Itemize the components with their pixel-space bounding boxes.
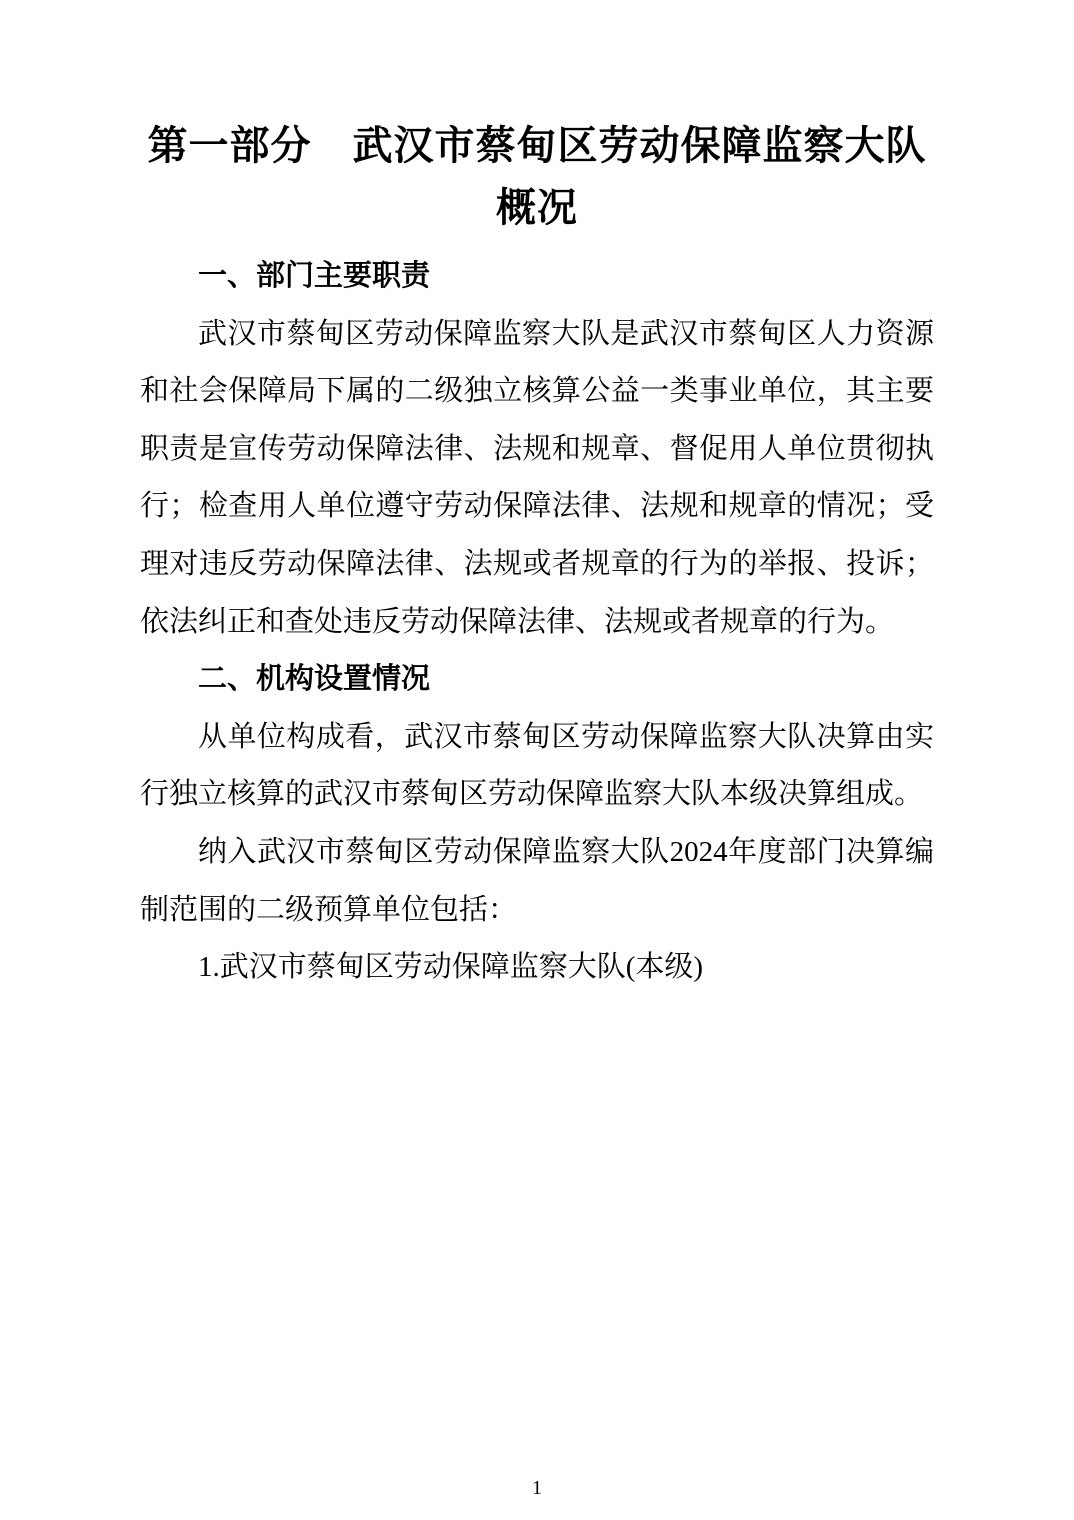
- section-1-heading: 一、部门主要职责: [140, 248, 934, 306]
- document-body: 一、部门主要职责 武汉市蔡甸区劳动保障监察大队是武汉市蔡甸区人力资源和社会保障局…: [0, 248, 1074, 997]
- page-number: 1: [532, 1477, 542, 1499]
- title-line-1: 第一部分 武汉市蔡甸区劳动保障监察大队: [0, 115, 1074, 177]
- title-line-2: 概况: [0, 177, 1074, 239]
- document-title: 第一部分 武汉市蔡甸区劳动保障监察大队 概况: [0, 0, 1074, 239]
- section-2-paragraph-2: 纳入武汉市蔡甸区劳动保障监察大队2024年度部门决算编制范围的二级预算单位包括：: [140, 824, 934, 939]
- section-2-paragraph-1: 从单位构成看，武汉市蔡甸区劳动保障监察大队决算由实行独立核算的武汉市蔡甸区劳动保…: [140, 709, 934, 824]
- section-2-heading: 二、机构设置情况: [140, 651, 934, 709]
- section-1-paragraph-1: 武汉市蔡甸区劳动保障监察大队是武汉市蔡甸区人力资源和社会保障局下属的二级独立核算…: [140, 306, 934, 652]
- section-2-paragraph-3: 1.武汉市蔡甸区劳动保障监察大队(本级): [140, 939, 934, 997]
- page-footer: 1: [0, 1476, 1074, 1500]
- document-page: 第一部分 武汉市蔡甸区劳动保障监察大队 概况 一、部门主要职责 武汉市蔡甸区劳动…: [0, 0, 1074, 1520]
